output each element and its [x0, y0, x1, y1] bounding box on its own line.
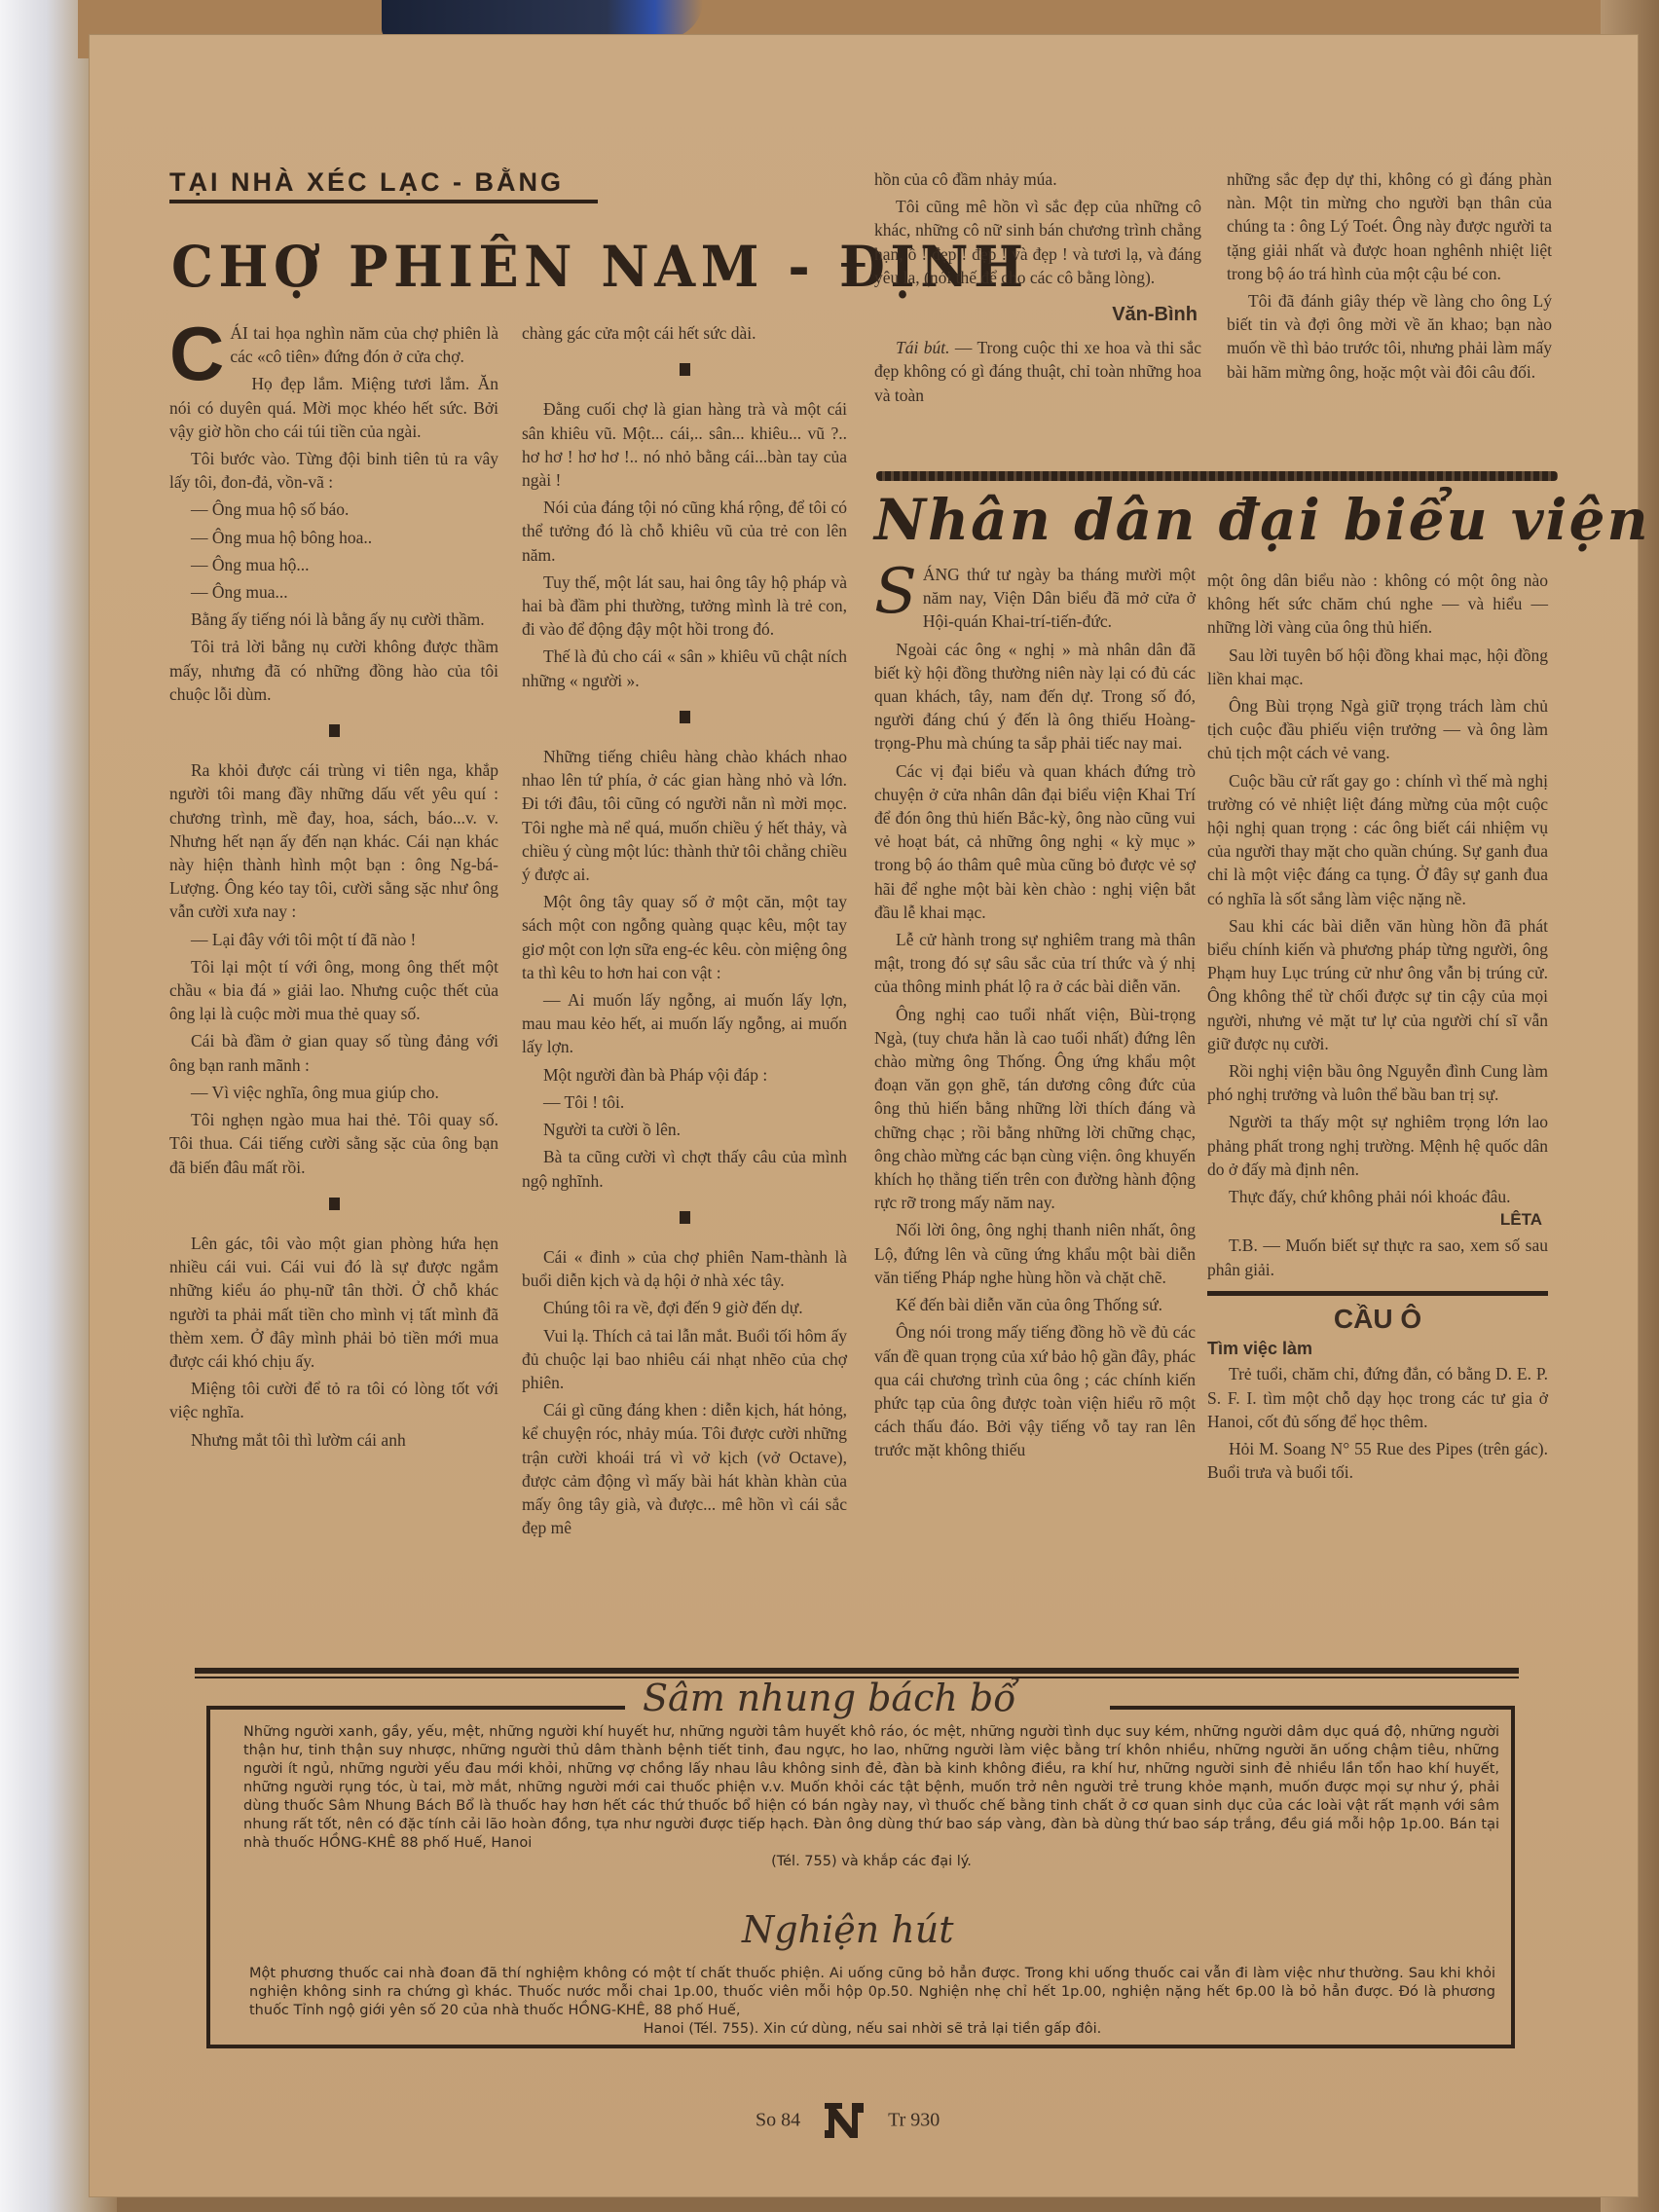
article2-headline: Nhân dân đại biểu viện [874, 487, 1650, 553]
paragraph: Miệng tôi cười để tỏ ra tôi có lòng tốt … [169, 1377, 498, 1423]
paragraph: những sắc đẹp dự thi, không có gì đáng p… [1227, 167, 1552, 285]
paragraph: Kế đến bài diễn văn của ông Thống sứ. [874, 1293, 1196, 1316]
paragraph: Tôi trả lời bằng nụ cười không được thầm… [169, 635, 498, 706]
page-footer: So 84 Tr 930 [756, 2101, 940, 2140]
paragraph: Ngoài các ông « nghị » mà nhân dân đã bi… [874, 638, 1196, 756]
paragraph: Nối lời ông, ông nghị thanh niên nhất, ô… [874, 1218, 1196, 1289]
article-author: Văn-Bình [874, 303, 1198, 326]
paragraph: Vui lạ. Thích cả tai lẫn mắt. Buổi tối h… [522, 1324, 847, 1395]
paragraph: Đằng cuối chợ là gian hàng trà và một cá… [522, 397, 847, 492]
paragraph: Tôi đã đánh giây thép về làng cho ông Lý… [1227, 289, 1552, 384]
paragraph: Cuộc bầu cử rất gay go : chính vì thế mà… [1207, 769, 1548, 910]
paragraph: Những tiếng chiêu hàng chào khách nhao n… [522, 745, 847, 886]
background-object [382, 0, 703, 39]
paragraph: Một người đàn bà Pháp vội đáp : [522, 1063, 847, 1087]
paragraph: Tôi nghẹn ngào mua hai thẻ. Tôi quay số.… [169, 1108, 498, 1179]
paragraph: Tôi bước vào. Từng đội binh tiên tủ ra v… [169, 447, 498, 494]
article2-column-2: một ông dân biểu nào : không có một ông … [1207, 569, 1548, 1488]
paragraph: Ra khỏi được cái trùng vi tiên nga, khắp… [169, 758, 498, 923]
paragraph: Tuy thế, một lát sau, hai ông tây hộ phá… [522, 571, 847, 642]
paragraph: chàng gác cửa một cái hết sức dài. [522, 321, 847, 345]
article-column-1: CÁI tai họa nghìn năm của chợ phiên là c… [169, 321, 498, 1456]
paragraph: Bằng ấy tiếng nói là bằng ấy nụ cười thầ… [169, 608, 498, 631]
drop-cap: S [874, 567, 917, 617]
drop-cap: C [169, 323, 224, 384]
paragraph: — Vì việc nghĩa, ông mua giúp cho. [169, 1081, 498, 1104]
section-separator [522, 1206, 847, 1230]
paragraph: Nói của đáng tội nó cũng khá rộng, để tô… [522, 496, 847, 567]
paragraph: hồn của cô đầm nhảy múa. [874, 167, 1201, 191]
paragraph: Tôi cũng mê hồn vì sắc đẹp của những cô … [874, 195, 1201, 289]
paragraph: Tôi lại một tí với ông, mong ông thết mộ… [169, 955, 498, 1026]
ad-title-sam-nhung: Sâm nhung bách bổ [643, 1677, 1016, 1719]
ad-title-nghien-hut: Nghiện hút [742, 1908, 953, 1951]
paragraph: một ông dân biểu nào : không có một ông … [1207, 569, 1548, 640]
paragraph: — Ông mua hộ bông hoa.. [169, 526, 498, 549]
article-column-3: hồn của cô đầm nhảy múa.Tôi cũng mê hồn … [874, 167, 1201, 411]
postscript: Tái bút. — Trong cuộc thi xe hoa và thi … [874, 336, 1201, 407]
paragraph: Thế là đủ cho cái « sân » khiêu vũ chật … [522, 645, 847, 691]
paragraph: Lễ cử hành trong sự nghiêm trang mà thân… [874, 928, 1196, 999]
paragraph: Cái bà đầm ở gian quay số tùng đảng với … [169, 1029, 498, 1076]
article-kicker: TẠI NHÀ XÉC LẠC - BẰNG [169, 167, 598, 203]
paragraph: SÁNG thứ tư ngày ba tháng mười một năm n… [874, 563, 1196, 634]
section-separator [522, 358, 847, 382]
ad-body-sam-nhung: Những người xanh, gầy, yếu, mệt, những n… [243, 1723, 1499, 1871]
paragraph: — Ông mua hộ... [169, 553, 498, 576]
paragraph: — Tôi ! tôi. [522, 1090, 847, 1114]
paragraph: Trẻ tuổi, chăm chỉ, đứng đắn, có bằng D.… [1207, 1362, 1548, 1433]
ad-section-rule [195, 1668, 1519, 1674]
paragraph: — Ông mua hộ số báo. [169, 498, 498, 521]
paragraph: Thực đấy, chứ không phải nói khoác đâu. [1207, 1185, 1548, 1208]
paragraph: Lên gác, tôi vào một gian phòng hứa hẹn … [169, 1232, 498, 1373]
paragraph: — Lại đây với tôi một tí đã nào ! [169, 928, 498, 951]
paragraph: Chúng tôi ra về, đợi đến 9 giờ đến dự. [522, 1296, 847, 1319]
paragraph: Ông nói trong mấy tiếng đồng hồ về đủ cá… [874, 1320, 1196, 1461]
paragraph: — Ai muốn lấy ngỗng, ai muốn lấy lợn, ma… [522, 988, 847, 1059]
paragraph: Ông Bùi trọng Ngà giữ trọng trách làm ch… [1207, 694, 1548, 765]
paragraph: — Ông mua... [169, 580, 498, 604]
ad-body-text: Những người xanh, gầy, yếu, mệt, những n… [243, 1723, 1499, 1853]
paragraph: Nhưng mắt tôi thì lườm cái anh [169, 1428, 498, 1452]
paragraph: Sau lời tuyên bố hội đồng khai mạc, hội … [1207, 644, 1548, 690]
article-column-4: những sắc đẹp dự thi, không có gì đáng p… [1227, 167, 1552, 387]
classified-title: CẦU Ô [1207, 1308, 1548, 1331]
paragraph: Người ta thấy một sự nghiêm trọng lớn la… [1207, 1110, 1548, 1181]
ad-body-text: Một phương thuốc cai nhà đoan đã thí ngh… [249, 1965, 1495, 2020]
ad-contact: Hanoi (Tél. 755). Xin cứ dùng, nếu sai n… [249, 2020, 1495, 2039]
postscript-label: Tái bút. [896, 338, 949, 357]
paragraph: Người ta cười ồ lên. [522, 1118, 847, 1141]
paragraph: Cái « đinh » của chợ phiên Nam-thành là … [522, 1245, 847, 1292]
paragraph: Các vị đại biểu và quan khách đứng trò c… [874, 759, 1196, 924]
section-separator [169, 1193, 498, 1216]
paragraph: Một ông tây quay số ở một căn, một tay s… [522, 890, 847, 984]
issue-number: So 84 [756, 2110, 800, 2131]
ad-box-top-left-rule [206, 1706, 625, 1710]
paragraph: Ông nghị cao tuổi nhất viện, Bùi-trọng N… [874, 1003, 1196, 1215]
classified-subtitle: Tìm việc làm [1207, 1337, 1548, 1360]
paragraph: Cái gì cũng đáng khen : diễn kịch, hát h… [522, 1398, 847, 1539]
article2-author: LÊTA [1207, 1208, 1542, 1232]
article2-postscript: T.B. — Muốn biết sự thực ra sao, xem số … [1207, 1234, 1548, 1280]
paragraph: Sau khi các bài diễn văn hùng hồn đã phá… [1207, 914, 1548, 1055]
paragraph: CÁI tai họa nghìn năm của chợ phiên là c… [169, 321, 498, 368]
magazine-logo-icon [823, 2101, 866, 2140]
section-separator [522, 706, 847, 729]
article-column-2: chàng gác cửa một cái hết sức dài.Đằng c… [522, 321, 847, 1543]
ad-contact: (Tél. 755) và khắp các đại lý. [243, 1853, 1499, 1871]
paragraph: Rồi nghị viện bầu ông Nguyễn đình Cung l… [1207, 1059, 1548, 1106]
page-number: Tr 930 [888, 2110, 940, 2131]
ad-body-nghien-hut: Một phương thuốc cai nhà đoan đã thí ngh… [249, 1965, 1495, 2039]
section-separator [169, 719, 498, 743]
article2-column-1: SÁNG thứ tư ngày ba tháng mười một năm n… [874, 563, 1196, 1466]
paragraph: Hỏi M. Soang N° 55 Rue des Pipes (trên g… [1207, 1437, 1548, 1484]
paragraph: Bà ta cũng cười vì chợt thấy câu của mìn… [522, 1145, 847, 1192]
ad-box-top-right-rule [1110, 1706, 1511, 1710]
section-rule [1207, 1291, 1548, 1296]
wavy-divider [876, 471, 1558, 481]
